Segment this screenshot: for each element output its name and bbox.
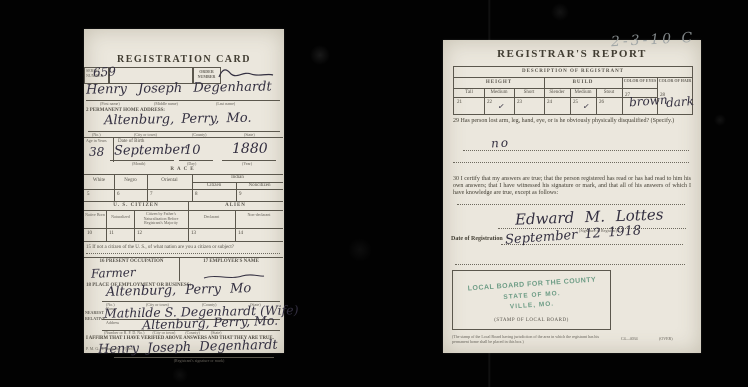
height-short-label: Short [514,90,544,96]
us-citizen-header: U. S. CITIZEN [84,203,188,209]
citizenship-table: U. S. CITIZEN ALIEN Native Born Naturali… [84,202,283,242]
height-short-number: 23 [517,100,522,105]
dob-year-handwriting: 1880 [232,141,268,157]
question-30-text: 30 I certify that my answers are true; t… [453,176,691,197]
native-born-label: Native Born [84,213,106,218]
naturalized-number: 11 [109,231,114,236]
race-section-title: RACE [84,167,283,173]
citizenship-number-row-border [84,228,283,229]
place-of-employment-handwriting: Altenburg, Perry Mo [106,281,252,300]
date-of-registration-label: Date of Registration [451,236,503,242]
hair-value-handwriting: dark [666,94,695,110]
registrant-name-handwriting: Henry Joseph Degenhardt [86,79,272,97]
race-number-row-border [84,189,283,190]
dob-sublabel-day: (Day) [187,162,196,167]
height-tall-label: Tall [454,90,484,96]
build-medium-checkmark: ✓ [582,102,590,112]
non-declarant-label: Non-declarant [235,213,283,218]
dob-month-handwriting: September [114,142,187,158]
registration-card-title: REGISTRATION CARD [84,54,284,65]
registrar-signature-handwriting: Edward M. Lottes [515,205,664,228]
race-negro-label: Negro [114,178,147,184]
question-29-text: 29 Has person lost arm, leg, hand, eye, … [453,118,691,125]
form-code-text: C4—4034 [621,337,638,342]
race-oriental-label: Oriental [147,178,192,184]
stamp-of-local-board-caption: (STAMP OF LOCAL BOARD) [453,318,610,324]
declarant-number: 13 [191,231,196,236]
alien-header: ALIEN [188,203,283,209]
height-medium-number: 22 [487,100,492,105]
dob-sublabel-year: (Year) [242,162,252,167]
build-slender-label: Slender [544,90,570,96]
form-number-text: P. M. G. O. Form No. 1 (Red) [86,347,142,352]
scanned-document-page: { "colors": { "background": "#020202", "… [0,0,748,387]
description-header: DESCRIPTION OF REGISTRANT [454,69,692,75]
nation-question-text: 15 If not a citizen of the U. S., of wha… [86,245,282,251]
build-group-label: BUILD [544,80,622,86]
q29-dotted-line-2 [453,162,689,163]
stamp-box: LOCAL BOARD FOR THE COUNTY STATE OF MO. … [452,270,611,330]
eyes-value-handwriting: brown [629,93,669,110]
race-indian-noncitizen-number: 9 [239,192,242,197]
relative-address-label: Address [106,321,119,326]
height-tall-number: 21 [457,100,462,105]
build-slender-number: 24 [547,100,552,105]
over-text: (OVER) [659,337,673,342]
race-indian-citizen-number: 8 [195,192,198,197]
color-of-eyes-label: COLOR OF EYES [623,79,657,84]
home-address-handwriting: Altenburg, Perry, Mo. [104,111,252,129]
dob-day-handwriting: 10 [184,143,201,158]
height-medium-checkmark: ✓ [497,102,505,112]
nation-question-dotted-line [86,253,280,254]
citizenship-header-border [84,210,283,211]
age-value-handwriting: 38 [89,145,104,159]
citizenship-divider-3 [188,202,189,241]
registrars-report-title: REGISTRAR'S REPORT [443,48,701,60]
registrars-report-card: 2-3-10 C REGISTRAR'S REPORT DESCRIPTION … [443,40,701,353]
age-label: Age in Years [86,139,112,144]
race-white-number: 5 [87,192,90,197]
question-29-answer-handwriting: no [491,136,511,151]
registrant-signature-sublabel: (Registrant's signature or mark) [144,359,254,364]
serial-number-value: 659 [93,64,117,79]
declarant-label: Declarant [188,215,235,220]
race-white-label: White [84,178,114,184]
dob-sublabel-month: (Month) [132,162,145,167]
name-sublabel-middle: (Middle name) [154,102,178,107]
race-indian-label: Indian [192,175,283,181]
build-medium-number: 25 [573,100,578,105]
employers-name-label: 17 EMPLOYER'S NAME [179,259,283,265]
nearest-relative-label-line1: NEAREST [85,311,104,316]
present-occupation-label: 16 PRESENT OCCUPATION [84,259,179,265]
build-stout-number: 26 [599,100,604,105]
naturalized-label: Naturalized [107,215,134,220]
employer-blank-dash [202,272,266,282]
race-negro-number: 6 [117,192,120,197]
height-group-label: HEIGHT [454,80,544,86]
citizen-by-father-number: 12 [137,231,142,236]
citizen-by-father-label: Citizen by Father's Naturalization Befor… [136,212,186,226]
dob-day-rule [179,160,213,161]
build-medium-label: Medium [570,90,596,96]
pre-stamp-dotted-line [455,264,685,265]
race-table: White Negro Oriental Indian Citizen Nonc… [84,174,283,202]
name-sublabel-first: (First name) [100,102,120,107]
relative-address-sublabels: (Number or R. F. D. No.) (City or town) … [104,331,221,336]
registration-card: REGISTRATION CARD SERIAL NUMBER 659 ORDE… [84,29,284,353]
occupation-handwriting: Farmer [91,265,136,281]
citizenship-divider-2 [134,210,135,241]
race-oriental-number: 7 [150,192,153,197]
order-number-label: ORDER NUMBER [193,70,220,79]
name-sublabel-last: (Last name) [216,102,235,107]
native-born-number: 10 [87,231,92,236]
description-table: DESCRIPTION OF REGISTRANT HEIGHT BUILD C… [453,66,693,115]
occupation-row-top-border [84,257,283,258]
stamp-footnote-text: (The stamp of the Local Board having jur… [452,334,602,344]
q29-dotted-line-1 [463,150,689,151]
build-stout-label: Stout [596,90,622,96]
color-of-hair-label: COLOR OF HAIR [658,79,692,84]
height-medium-label: Medium [484,90,514,96]
non-declarant-number: 14 [238,231,243,236]
